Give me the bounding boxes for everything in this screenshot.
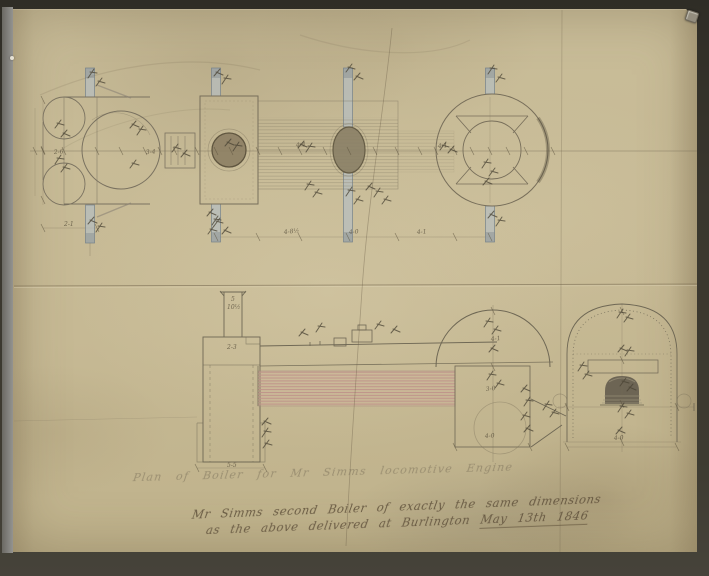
plan-view	[30, 68, 697, 256]
svg-text:4-1: 4-1	[489, 335, 500, 343]
chimney-base-plan	[200, 96, 258, 204]
svg-text:3-0: 3-0	[485, 385, 496, 393]
dimension-labels: 2-63-42-14-44-14-8½4-04-1510½2-35-54-13-…	[53, 141, 624, 469]
svg-text:4-1: 4-1	[416, 228, 427, 236]
svg-text:4-0: 4-0	[484, 432, 495, 440]
svg-text:2-3: 2-3	[226, 344, 237, 351]
svg-text:2-1: 2-1	[63, 221, 74, 228]
svg-text:4-0: 4-0	[613, 434, 624, 442]
drawing-layer: 2-63-42-14-44-14-8½4-04-1510½2-35-54-13-…	[0, 0, 709, 576]
firebox-end-view	[553, 304, 694, 452]
scanned-drawing-sheet: 2-63-42-14-44-14-8½4-04-1510½2-35-54-13-…	[0, 0, 709, 576]
side-elevation	[197, 291, 566, 468]
svg-text:4-4: 4-4	[295, 141, 306, 149]
svg-text:10½: 10½	[227, 304, 241, 311]
svg-text:4-1: 4-1	[437, 142, 448, 150]
svg-text:3-4: 3-4	[146, 148, 156, 156]
svg-text:4-0: 4-0	[348, 228, 359, 236]
svg-text:4-8½: 4-8½	[282, 227, 299, 236]
boiler-barrel-elevation	[258, 325, 566, 454]
coupling-plan	[165, 133, 195, 168]
svg-text:5: 5	[231, 296, 235, 303]
left-edge-pin-mark	[10, 56, 14, 60]
firebox-pedestal-elevation	[197, 337, 265, 468]
safety-valve-fittings	[310, 325, 372, 346]
manhole-plan	[330, 124, 368, 176]
svg-text:2-6: 2-6	[53, 148, 64, 156]
